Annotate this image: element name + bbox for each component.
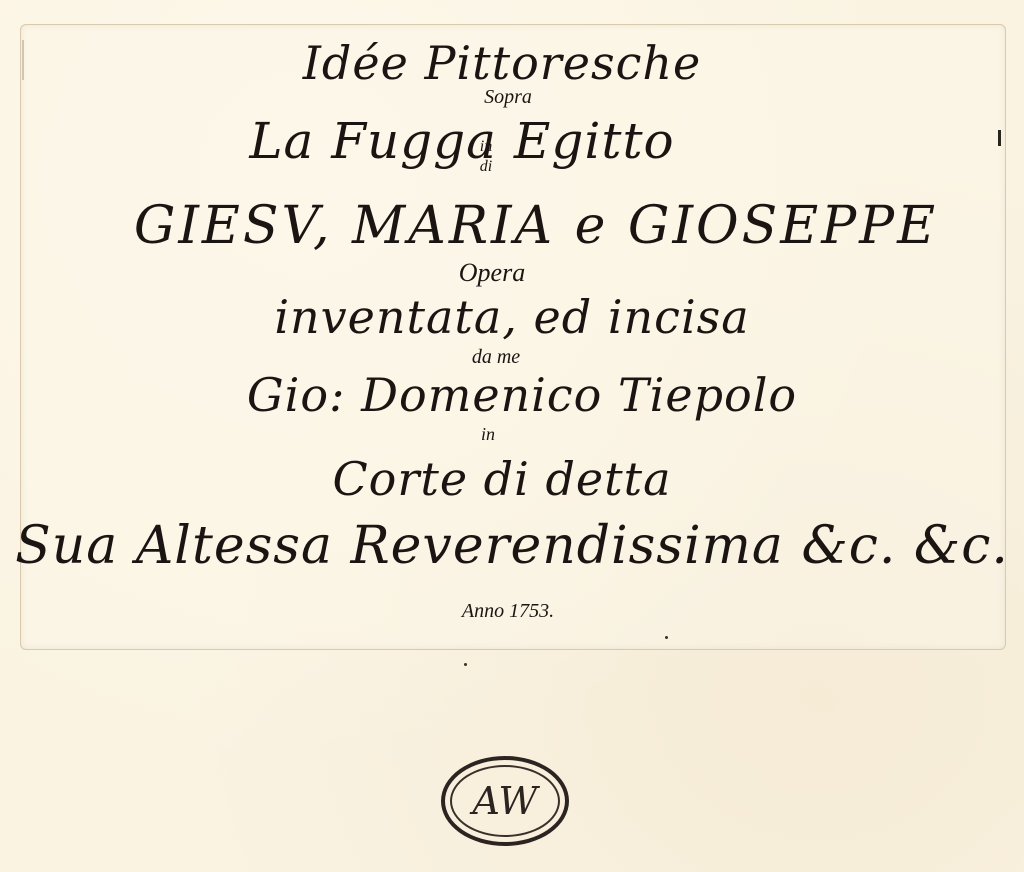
title-idee-pittoresche: Idée Pittoresche [0, 36, 1014, 90]
text-corte-di-detta: Corte di detta [0, 452, 1014, 506]
text-sua-altessa: Sua Altessa Reverendissima &c. &c. [0, 516, 1024, 576]
ink-speck [464, 663, 467, 666]
ink-speck [665, 636, 668, 639]
stamp-monogram: AW [473, 779, 538, 823]
edge-mark [998, 130, 1001, 146]
collector-stamp: AW [441, 756, 569, 846]
date-anno: Anno 1753. [0, 600, 1020, 623]
text-da-me: da me [0, 346, 1008, 369]
connector-in: in [0, 424, 1000, 445]
text-opera: Opera [0, 258, 1004, 288]
title-holy-family: GIESV, MARIA e GIOSEPPE [24, 196, 1024, 256]
text-inventata-incisa: inventata, ed incisa [0, 290, 1024, 344]
artist-name: Gio: Domenico Tiepolo [10, 368, 1024, 422]
subtitle-sopra: Sopra [0, 86, 1020, 109]
connector-di: di [0, 158, 998, 176]
connector-in: in [0, 138, 998, 156]
